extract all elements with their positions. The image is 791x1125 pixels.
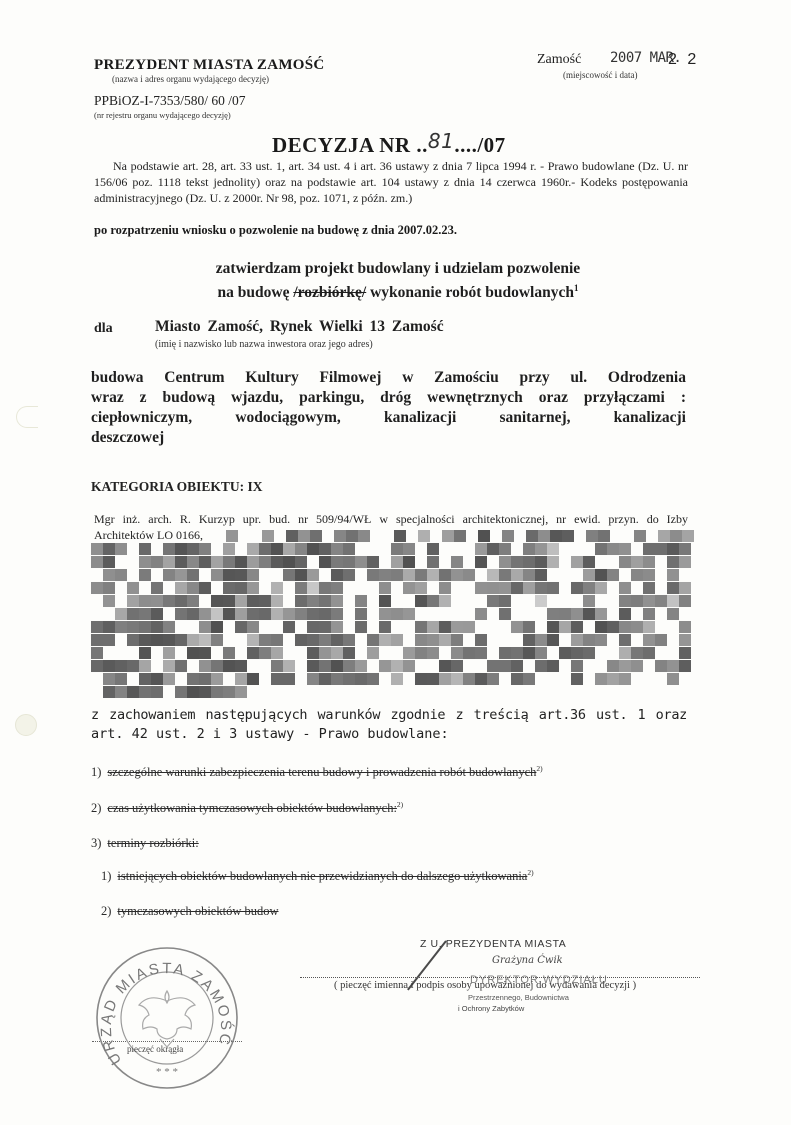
redaction-pixel [223,569,235,581]
redaction-pixel [235,595,247,607]
redaction-pixel [631,595,643,607]
redaction-pixel [619,673,631,685]
redaction-pixel [451,673,463,685]
redaction-pixel [547,608,559,620]
redaction-pixel [127,582,139,594]
redaction-pixel [379,660,391,672]
redaction-pixel [643,582,655,594]
redaction-pixel [103,582,115,594]
redaction-pixel [475,647,487,659]
redaction-pixel [475,556,487,568]
redaction-pixel [379,569,391,581]
redaction-pixel [607,569,619,581]
redaction-pixel [487,595,499,607]
redaction-pixel [259,634,271,646]
redaction-pixel [526,530,538,542]
redaction-pixel [187,686,199,698]
redaction-pixel [163,673,175,685]
redaction-pixel [679,660,691,672]
redaction-pixel [550,530,562,542]
redaction-pixel [211,634,223,646]
redaction-pixel [199,686,211,698]
redaction-pixel [223,582,235,594]
redaction-pixel [607,543,619,555]
redaction-pixel [595,621,607,633]
redaction-pixel [355,608,367,620]
issuer-note: (nazwa i adres organu wydającego decyzję… [112,74,269,84]
redaction-pixel [439,595,451,607]
redaction-pixel [151,673,163,685]
redaction-pixel [607,621,619,633]
department-stamp-line-2: i Ochrony Zabytków [458,1004,524,1013]
redaction-pixel [598,530,610,542]
redaction-pixel [655,660,667,672]
redaction-pixel [535,647,547,659]
redaction-pixel [331,543,343,555]
redaction-pixel [535,595,547,607]
redaction-pixel [211,686,223,698]
redaction-pixel [235,569,247,581]
redaction-pixel [307,569,319,581]
redaction-pixel [211,660,223,672]
redaction-pixel [487,543,499,555]
redaction-pixel [607,673,619,685]
redaction-pixel [103,543,115,555]
decision-title: DECYZJA NR ..81..../07 [272,133,506,158]
redaction-pixel [607,660,619,672]
redaction-pixel [163,634,175,646]
redaction-pixel [235,608,247,620]
redaction-pixel [463,621,475,633]
redaction-pixel [511,673,523,685]
redaction-pixel [358,530,370,542]
condition-subitem: 2)tymczasowych obiektów budow [101,904,279,919]
scope-line: wraz z budową wjazdu, parkingu, dróg wew… [91,388,686,408]
redaction-pixel [547,634,559,646]
redaction-pixel [379,582,391,594]
redaction-pixel [310,530,322,542]
redaction-pixel [679,634,691,646]
redaction-pixel [403,647,415,659]
redaction-pixel [331,621,343,633]
redaction-pixel [103,621,115,633]
redaction-pixel [91,660,103,672]
redaction-pixel [343,543,355,555]
redaction-pixel [499,543,511,555]
redaction-pixel [427,673,439,685]
redaction-pixel [523,621,535,633]
redaction-pixel [295,569,307,581]
condition-number: 2) [91,801,101,816]
redaction-pixel [187,556,199,568]
redaction-pixel [682,530,694,542]
redaction-pixel [307,673,319,685]
redaction-pixel [523,634,535,646]
redaction-pixel [643,595,655,607]
redaction-pixel [271,556,283,568]
redaction-pixel [367,673,379,685]
redaction-pixel [523,647,535,659]
redaction-pixel [271,634,283,646]
redaction-pixel [163,569,175,581]
redaction-pixel [367,556,379,568]
redaction-pixel [127,595,139,607]
redaction-pixel [571,556,583,568]
redaction-pixel [199,621,211,633]
redaction-pixel [427,595,439,607]
redaction-pixel [415,582,427,594]
redaction-pixel [151,608,163,620]
director-stamp-text: DYREKTOR WYDZIAŁU [470,974,608,986]
punch-hole [15,714,37,736]
redaction-pixel [199,634,211,646]
redaction-pixel [475,634,487,646]
redaction-pixel [523,582,535,594]
redaction-pixel [586,530,598,542]
redaction-pixel [319,556,331,568]
redaction-pixel [595,569,607,581]
redaction-pixel [478,530,490,542]
redaction-pixel [199,556,211,568]
redaction-pixel [271,673,283,685]
redaction-pixel [571,634,583,646]
conditions-intro: z zachowaniem następujących warunków zgo… [91,706,687,744]
redaction-pixel [187,543,199,555]
redaction-pixel [307,621,319,633]
redaction-pixel [175,582,187,594]
redaction-pixel [163,595,175,607]
redaction-pixel [91,543,103,555]
redaction-pixel [295,595,307,607]
redaction-pixel [271,647,283,659]
redaction-pixel [91,647,103,659]
redaction-pixel [619,582,631,594]
scope-line: budowa Centrum Kultury Filmowej w Zamośc… [91,368,686,388]
redaction-pixel [151,582,163,594]
redaction-pixel [295,634,307,646]
condition-text-struck: szczególne warunki zabezpieczenia terenu… [107,765,536,779]
redaction-pixel [667,673,679,685]
redaction-pixel [223,660,235,672]
redaction-pixel [595,634,607,646]
redaction-pixel [463,673,475,685]
redaction-pixel [247,621,259,633]
redaction-pixel [319,543,331,555]
redaction-pixel [427,543,439,555]
redaction-pixel [391,556,403,568]
place: Zamość [537,52,581,68]
condition-item: 3)terminy rozbiórki: [91,836,199,851]
redaction-pixel [115,686,127,698]
redaction-pixel [343,569,355,581]
redaction-pixel [355,673,367,685]
redaction-pixel [667,582,679,594]
redaction-pixel [283,660,295,672]
redaction-pixel [139,608,151,620]
round-seal-icon: URZĄD MIASTA ZAMOŚĆ * * * [92,943,242,1093]
redaction-pixel [547,556,559,568]
redaction-pixel [523,556,535,568]
redaction-pixel [547,621,559,633]
redaction-pixel [499,608,511,620]
redaction-pixel [223,543,235,555]
redaction-pixel [439,582,451,594]
redaction-pixel [139,595,151,607]
redaction-pixel [439,569,451,581]
redaction-pixel [298,530,310,542]
redaction-pixel [247,569,259,581]
redaction-pixel [139,569,151,581]
investor-name: Miasto Zamość, Rynek Wielki 13 Zamość [155,318,444,336]
redaction-pixel [538,530,550,542]
redaction-pixel [283,621,295,633]
place-date-note: (miejscowość i data) [563,70,637,80]
redaction-pixel [211,569,223,581]
redaction-pixel [379,621,391,633]
redaction-pixel [115,673,127,685]
redaction-pixel [259,647,271,659]
redaction-pixel [91,556,103,568]
struck-demolition: /rozbiórkę/ [293,284,366,301]
redaction-pixel [487,569,499,581]
redaction-pixel [331,569,343,581]
redaction-pixel [619,621,631,633]
redaction-pixel [331,582,343,594]
redaction-pixel [175,543,187,555]
redaction-pixel [367,634,379,646]
redaction-pixel [259,595,271,607]
issuer-name: PREZYDENT MIASTA ZAMOŚĆ [94,57,325,74]
date-day: 2 2 [668,51,699,69]
redaction-pixel [319,634,331,646]
seal-stars: * * * [156,1066,178,1078]
redaction-pixel [151,621,163,633]
title-suffix: ..../07 [454,133,505,157]
redacted-content [91,530,691,700]
redaction-pixel [175,660,187,672]
redaction-pixel [115,543,127,555]
redaction-pixel [331,608,343,620]
approval-line-1: zatwierdzam projekt budowlany i udzielam… [168,257,628,281]
redaction-pixel [451,634,463,646]
redaction-pixel [343,660,355,672]
redaction-pixel [283,673,295,685]
redaction-pixel [679,582,691,594]
redaction-pixel [259,608,271,620]
condition-number: 3) [91,836,101,851]
redaction-pixel [379,608,391,620]
redaction-pixel [367,569,379,581]
redaction-pixel [187,647,199,659]
redaction-pixel [103,660,115,672]
footnote-marker: 2) [397,800,403,809]
redaction-pixel [502,530,514,542]
redaction-pixel [631,556,643,568]
redaction-pixel [571,660,583,672]
redaction-pixel [103,569,115,581]
redaction-pixel [262,530,274,542]
redaction-pixel [667,660,679,672]
redaction-pixel [247,647,259,659]
redaction-pixel [499,556,511,568]
redaction-pixel [139,556,151,568]
redaction-pixel [547,660,559,672]
redaction-pixel [235,660,247,672]
redaction-pixel [451,660,463,672]
redaction-pixel [127,660,139,672]
redaction-pixel [391,634,403,646]
condition-text-struck: istniejących obiektów budowlanych nie pr… [117,869,527,883]
redaction-pixel [187,595,199,607]
redaction-pixel [583,556,595,568]
redaction-pixel [199,543,211,555]
approval-statement: zatwierdzam projekt budowlany i udzielam… [168,257,628,305]
redaction-pixel [442,530,454,542]
redaction-pixel [403,556,415,568]
redaction-pixel [595,543,607,555]
redaction-pixel [103,556,115,568]
redaction-pixel [247,634,259,646]
redaction-pixel [307,582,319,594]
redaction-pixel [667,595,679,607]
redaction-pixel [307,543,319,555]
redaction-pixel [535,569,547,581]
redaction-pixel [163,621,175,633]
redaction-pixel [331,595,343,607]
after-review: po rozpatrzeniu wniosku o pozwolenie na … [94,223,457,238]
redaction-pixel [127,621,139,633]
redaction-pixel [463,647,475,659]
redaction-pixel [127,634,139,646]
redaction-pixel [571,621,583,633]
redaction-pixel [115,660,127,672]
redaction-pixel [247,582,259,594]
redaction-pixel [451,621,463,633]
redaction-pixel [334,530,346,542]
redaction-pixel [319,595,331,607]
redaction-pixel [226,530,238,542]
redaction-pixel [91,621,103,633]
redaction-pixel [487,660,499,672]
redaction-pixel [283,556,295,568]
redaction-pixel [235,686,247,698]
legal-basis-text: Na podstawie art. 28, art. 33 ust. 1, ar… [94,159,688,205]
redaction-pixel [343,556,355,568]
redaction-pixel [583,647,595,659]
title-prefix: DECYZJA NR .. [272,133,428,157]
redaction-pixel [319,647,331,659]
redaction-pixel [175,556,187,568]
redaction-pixel [163,556,175,568]
redaction-pixel [175,634,187,646]
redaction-pixel [235,621,247,633]
redaction-pixel [283,608,295,620]
footnote-marker: 2) [527,868,533,877]
approval-line2-start: na budowę [218,284,294,301]
redaction-pixel [199,582,211,594]
approval-line-2: na budowę /rozbiórkę/ wykonanie robót bu… [168,281,628,305]
condition-subitem: 1)istniejących obiektów budowlanych nie … [101,869,534,884]
redaction-pixel [355,621,367,633]
redaction-pixel [163,647,175,659]
redaction-pixel [667,556,679,568]
redaction-pixel [403,543,415,555]
redaction-pixel [439,660,451,672]
redaction-pixel [415,569,427,581]
redaction-pixel [679,621,691,633]
redaction-pixel [211,608,223,620]
scope-line: deszczowej [91,428,686,448]
redaction-pixel [187,569,199,581]
redaction-pixel [319,660,331,672]
redaction-pixel [559,608,571,620]
investor-note: (imię i nazwisko lub nazwa inwestora ora… [155,339,373,350]
redaction-pixel [307,595,319,607]
redaction-pixel [583,608,595,620]
redaction-pixel [523,569,535,581]
redaction-pixel [583,582,595,594]
handwritten-decision-number: 81 [428,129,454,153]
redaction-pixel [391,569,403,581]
redaction-pixel [655,634,667,646]
scope-line: ciepłowniczym, wodociągowym, kanalizacji… [91,408,686,428]
register-number: PPBiOZ-I-7353/580/ 60 /07 [94,93,246,109]
redaction-pixel [139,634,151,646]
redaction-pixel [127,686,139,698]
redaction-pixel [679,595,691,607]
redaction-pixel [595,608,607,620]
redaction-pixel [103,595,115,607]
redaction-pixel [499,647,511,659]
redaction-pixel [247,543,259,555]
redaction-pixel [427,556,439,568]
redaction-pixel [523,673,535,685]
redaction-pixel [319,673,331,685]
redaction-pixel [343,647,355,659]
redaction-pixel [151,556,163,568]
redaction-pixel [403,660,415,672]
redaction-pixel [463,569,475,581]
redaction-pixel [223,686,235,698]
redaction-pixel [619,634,631,646]
redaction-pixel [199,673,211,685]
redaction-pixel [115,608,127,620]
redaction-pixel [91,582,103,594]
redaction-pixel [211,621,223,633]
redaction-pixel [355,556,367,568]
redaction-pixel [223,647,235,659]
redaction-pixel [271,543,283,555]
redaction-pixel [559,647,571,659]
redaction-pixel [343,634,355,646]
redaction-pixel [499,569,511,581]
redaction-pixel [523,543,535,555]
redaction-pixel [379,634,391,646]
conditions-line-2: art. 42 ust. 2 i 3 ustawy - Prawo budowl… [91,726,449,742]
redaction-pixel [247,608,259,620]
redaction-pixel [271,582,283,594]
legal-basis: Na podstawie art. 28, art. 33 ust. 1, ar… [94,158,688,206]
redaction-pixel [331,660,343,672]
redaction-pixel [439,673,451,685]
redaction-pixel [415,621,427,633]
redaction-pixel [439,634,451,646]
redaction-pixel [655,543,667,555]
redaction-pixel [451,556,463,568]
redaction-pixel [403,608,415,620]
redaction-pixel [619,595,631,607]
redaction-pixel [139,673,151,685]
